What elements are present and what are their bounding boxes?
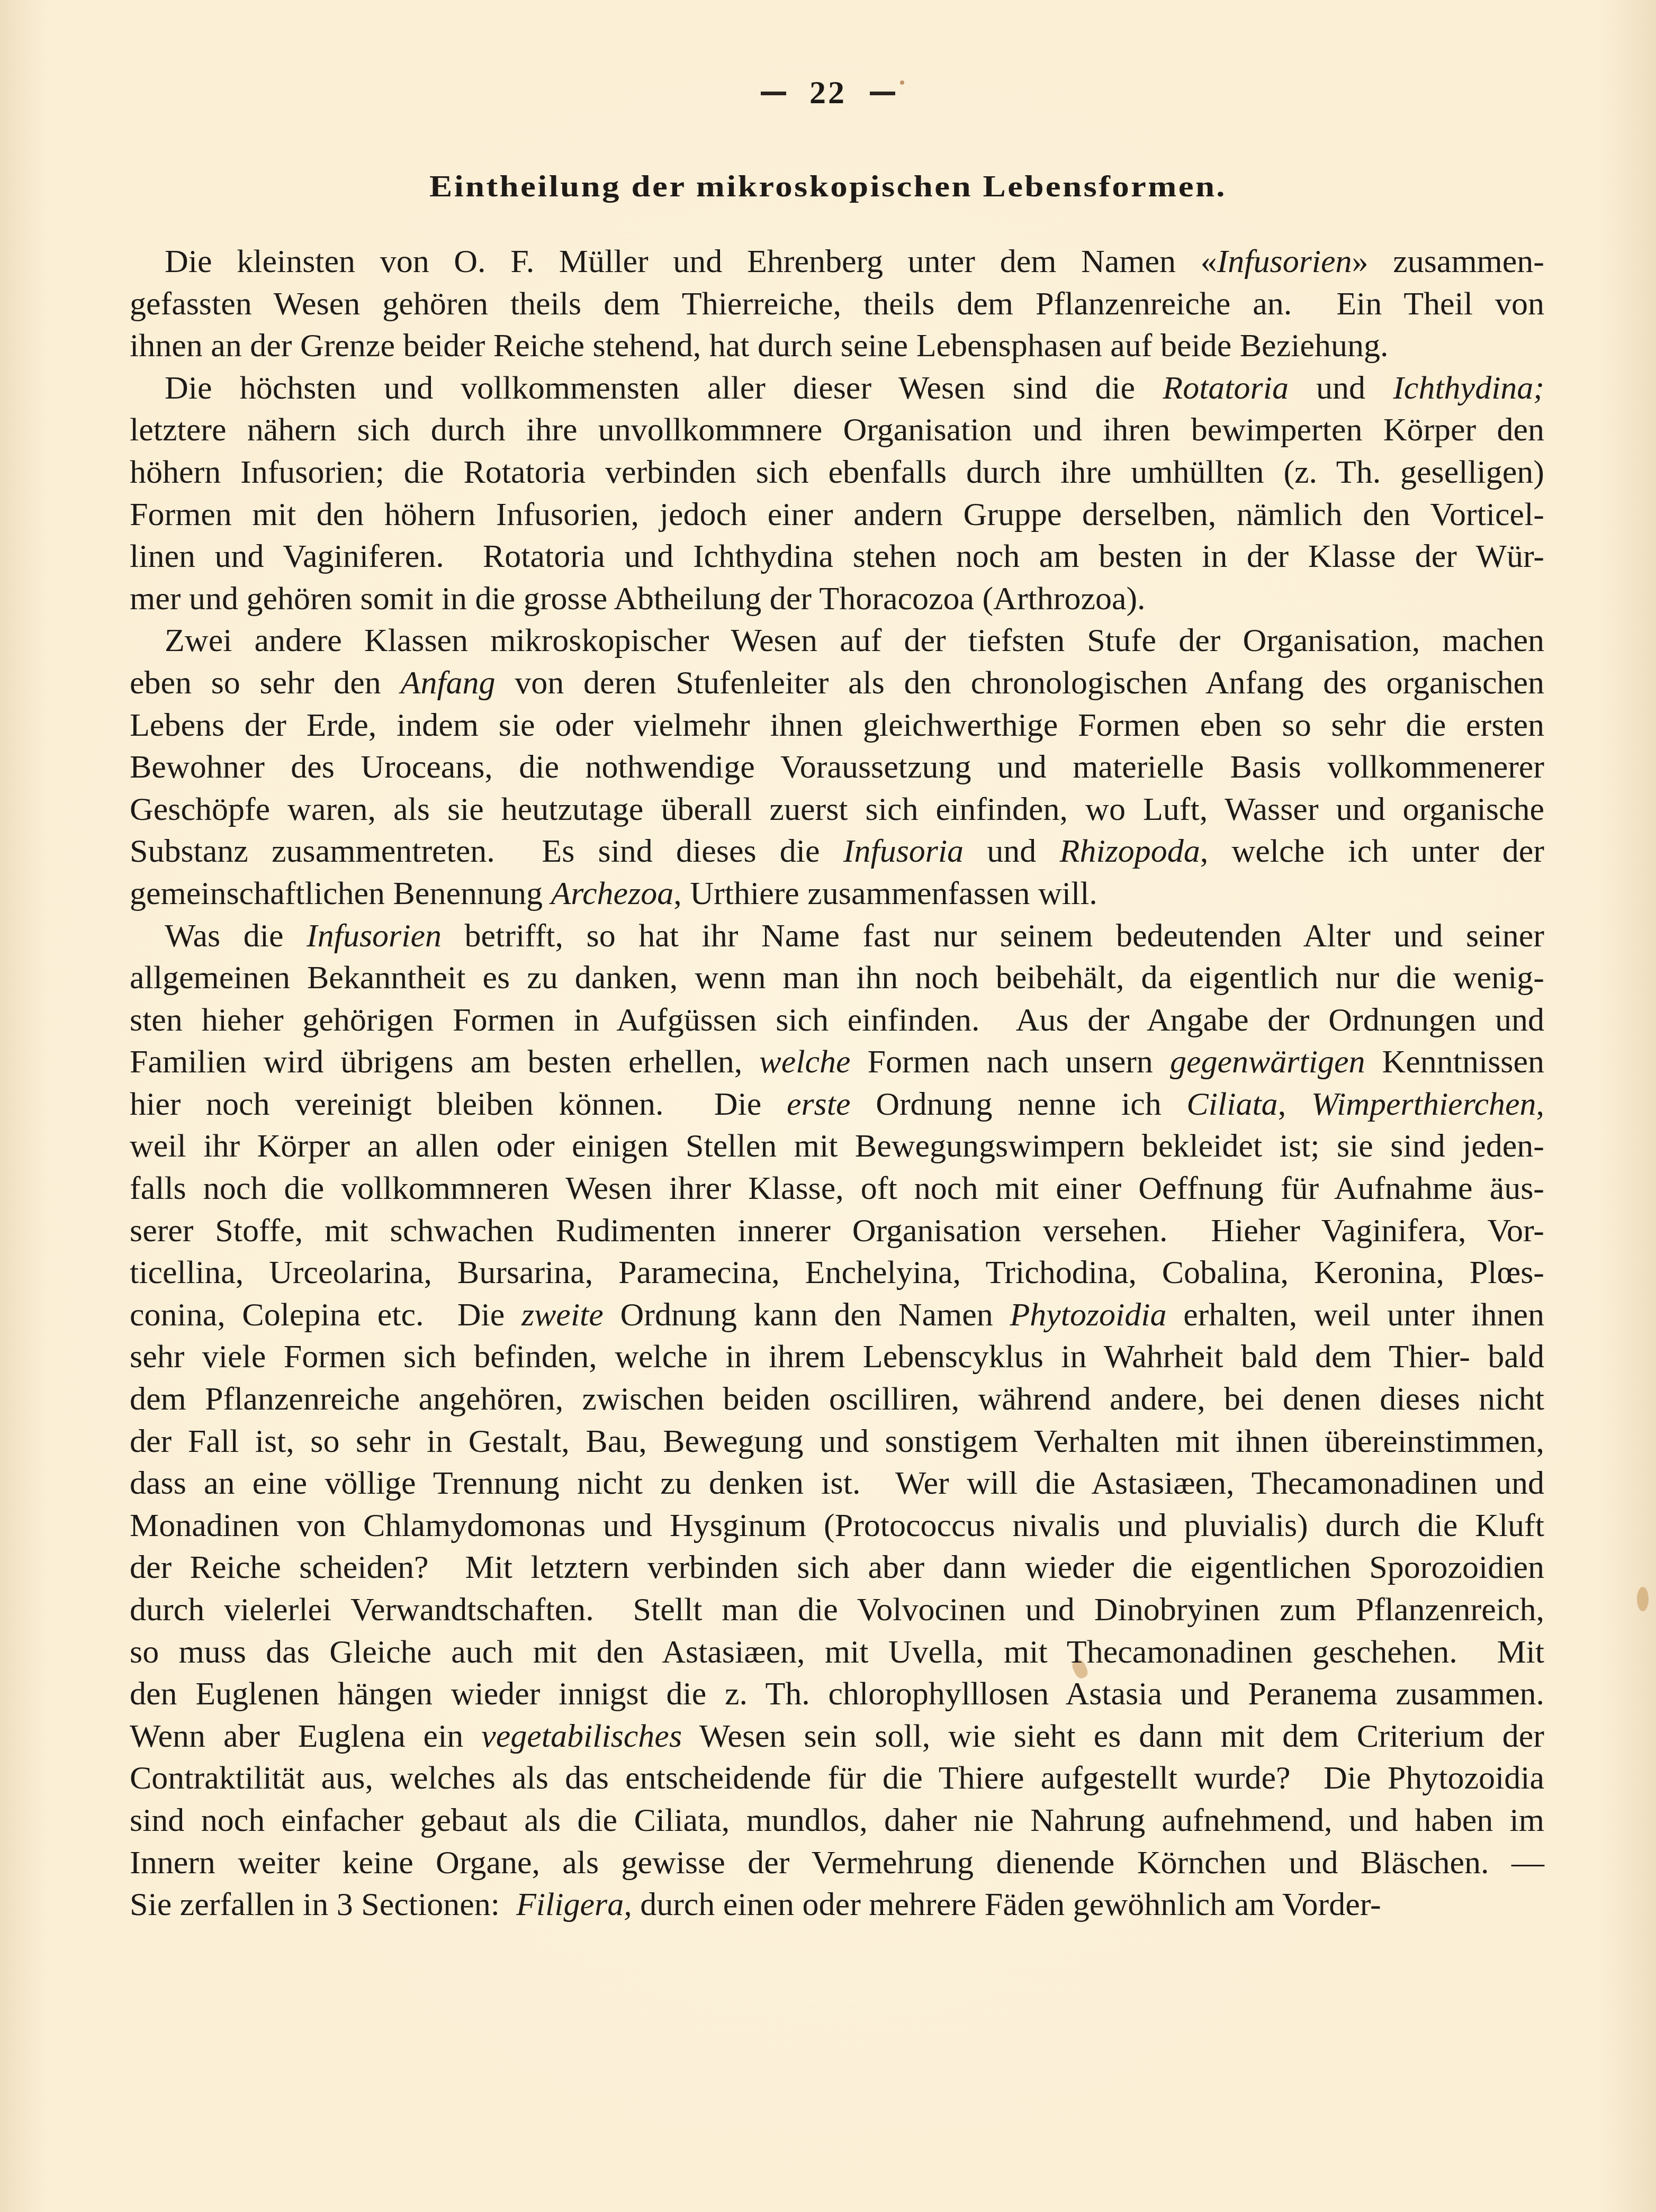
text-run: und bbox=[1289, 370, 1393, 406]
text-run: , bbox=[1278, 1086, 1311, 1122]
text-line: sten hieher gehörigen Formen in Aufgüsse… bbox=[130, 999, 1544, 1042]
text-run: dass an eine völlige Trennung nicht zu d… bbox=[130, 1465, 1544, 1501]
text-run: durch einen oder mehrere Fäden gewöhnlic… bbox=[632, 1886, 1381, 1922]
text-run: Monadinen von Chlamydomonas und Hysginum… bbox=[130, 1507, 1544, 1543]
text-line: allgemeinen Bekanntheit es zu danken, we… bbox=[130, 957, 1544, 999]
italic-term: Wimperthierchen bbox=[1311, 1086, 1536, 1122]
text-run: Innern weiter keine Organe, als gewisse … bbox=[130, 1845, 1544, 1881]
text-line: Formen mit den höhern Infusorien, jedoch… bbox=[130, 494, 1544, 536]
paragraph: Die höchsten und vollkommensten aller di… bbox=[130, 367, 1544, 620]
text-run: erhalten, weil unter ihnen bbox=[1167, 1297, 1544, 1333]
text-line: sehr viele Formen sich befinden, welche … bbox=[130, 1336, 1544, 1378]
text-run: , Urthiere zusammenfassen will. bbox=[673, 875, 1097, 911]
text-run: der Fall ist, so sehr in Gestalt, Bau, B… bbox=[130, 1423, 1544, 1459]
text-line: Die kleinsten von O. F. Müller und Ehren… bbox=[130, 241, 1544, 283]
text-run: sten hieher gehörigen Formen in Aufgüsse… bbox=[130, 1002, 1544, 1038]
text-line: letztere nähern sich durch ihre unvollko… bbox=[130, 409, 1544, 452]
text-line: conina, Colepina etc. Die zweite Ordnung… bbox=[130, 1294, 1544, 1337]
text-line: sind noch einfacher gebaut als die Cilia… bbox=[130, 1800, 1544, 1842]
text-run: Wenn aber Euglena ein bbox=[130, 1718, 481, 1754]
text-run: falls noch die vollkommneren Wesen ihrer… bbox=[130, 1170, 1544, 1206]
text-line: ihnen an der Grenze beider Reiche stehen… bbox=[130, 325, 1544, 367]
text-run: Kenntnissen bbox=[1365, 1044, 1544, 1080]
text-run: der Reiche scheiden? Mit letztern verbin… bbox=[130, 1549, 1544, 1585]
paragraph: Zwei andere Klassen mikroskopischer Wese… bbox=[130, 620, 1544, 915]
italic-term: Anfang bbox=[401, 665, 496, 701]
text-run: Formen mit den höhern Infusorien, jedoch… bbox=[130, 496, 1544, 532]
text-run: » zusammen- bbox=[1352, 243, 1544, 279]
text-run: so muss das Gleiche auch mit den Astasiæ… bbox=[130, 1634, 1544, 1670]
text-line: höhern Infusorien; die Rotatoria verbind… bbox=[130, 452, 1544, 494]
text-run: Zwei andere Klassen mikroskopischer Wese… bbox=[165, 622, 1544, 658]
text-line: den Euglenen hängen wieder innigst die z… bbox=[130, 1673, 1544, 1716]
text-run: Ordnung kann den Namen bbox=[604, 1297, 1010, 1333]
text-run: serer Stoffe, mit schwachen Rudimenten i… bbox=[130, 1213, 1544, 1249]
text-run: Formen nach unsern bbox=[850, 1044, 1169, 1080]
italic-term: Infusorien bbox=[307, 918, 442, 954]
italic-term: Infusoria bbox=[843, 833, 964, 869]
text-run: ticellina, Urceolarina, Bursarina, Param… bbox=[130, 1254, 1544, 1290]
text-run: , welche ich unter der bbox=[1200, 833, 1544, 869]
text-line: Sie zerfallen in 3 Sectionen: Filigera, … bbox=[130, 1884, 1544, 1926]
italic-term: Ciliata bbox=[1186, 1086, 1277, 1122]
italic-term: Phytozoidia bbox=[1010, 1297, 1166, 1333]
italic-term: vegetabilisches bbox=[481, 1718, 682, 1754]
text-run: Ordnung nenne ich bbox=[850, 1086, 1186, 1122]
italic-term: Infusorien bbox=[1217, 243, 1352, 279]
italic-term: welche bbox=[759, 1044, 850, 1080]
text-run: höhern Infusorien; die Rotatoria verbind… bbox=[130, 454, 1544, 490]
text-run: Substanz zusammentreten. Es sind dieses … bbox=[130, 833, 843, 869]
text-run: und bbox=[964, 833, 1059, 869]
text-line: so muss das Gleiche auch mit den Astasiæ… bbox=[130, 1631, 1544, 1674]
text-line: durch vielerlei Verwandtschaften. Stellt… bbox=[130, 1589, 1544, 1631]
paragraph: Die kleinsten von O. F. Müller und Ehren… bbox=[130, 241, 1544, 367]
text-line: Innern weiter keine Organe, als gewisse … bbox=[130, 1842, 1544, 1884]
text-line: falls noch die vollkommneren Wesen ihrer… bbox=[130, 1168, 1544, 1210]
text-line: eben so sehr den Anfang von deren Stufen… bbox=[130, 662, 1544, 705]
text-line: Substanz zusammentreten. Es sind dieses … bbox=[130, 830, 1544, 873]
text-line: Familien wird übrigens am besten erhelle… bbox=[130, 1041, 1544, 1084]
text-run: von deren Stufenleiter als den chronolog… bbox=[496, 665, 1544, 701]
text-run: Was die bbox=[165, 918, 307, 954]
paper-stain bbox=[1637, 1587, 1649, 1611]
text-line: Bewohner des Uroceans, die nothwendige V… bbox=[130, 746, 1544, 789]
text-line: gefassten Wesen gehören theils dem Thier… bbox=[130, 283, 1544, 326]
text-run: , bbox=[1536, 1086, 1545, 1122]
italic-term: Rhizopoda bbox=[1060, 833, 1200, 869]
italic-term: erste bbox=[787, 1086, 851, 1122]
text-run: weil ihr Körper an allen oder einigen St… bbox=[130, 1128, 1544, 1164]
text-run: mer und gehören somit in die grosse Abth… bbox=[130, 581, 1146, 617]
text-run: Wesen sein soll, wie sieht es dann mit d… bbox=[682, 1718, 1544, 1754]
text-line: ticellina, Urceolarina, Bursarina, Param… bbox=[130, 1252, 1544, 1294]
text-line: Monadinen von Chlamydomonas und Hysginum… bbox=[130, 1505, 1544, 1547]
text-line: Was die Infusorien betrifft, so hat ihr … bbox=[130, 915, 1544, 958]
text-run: linen und Vaginiferen. Rotatoria und Ich… bbox=[130, 538, 1544, 574]
text-line: Die höchsten und vollkommensten aller di… bbox=[130, 367, 1544, 410]
italic-term: gegenwärtigen bbox=[1170, 1044, 1365, 1080]
text-run: betrifft, so hat ihr Name fast nur seine… bbox=[442, 918, 1544, 954]
text-run: durch vielerlei Verwandtschaften. Stellt… bbox=[130, 1592, 1544, 1628]
text-line: der Fall ist, so sehr in Gestalt, Bau, B… bbox=[130, 1421, 1544, 1463]
section-title: Eintheilung der mikroskopischen Lebensfo… bbox=[0, 168, 1656, 204]
text-line: Geschöpfe waren, als sie heutzutage über… bbox=[130, 789, 1544, 831]
text-run: Geschöpfe waren, als sie heutzutage über… bbox=[130, 791, 1544, 827]
text-run: dem Pflanzenreiche angehören, zwischen b… bbox=[130, 1381, 1544, 1417]
text-line: serer Stoffe, mit schwachen Rudimenten i… bbox=[130, 1210, 1544, 1252]
body-text: Die kleinsten von O. F. Müller und Ehren… bbox=[130, 241, 1544, 1926]
dash-right bbox=[870, 92, 895, 95]
text-line: linen und Vaginiferen. Rotatoria und Ich… bbox=[130, 536, 1544, 578]
text-run: Bewohner des Uroceans, die nothwendige V… bbox=[130, 749, 1544, 785]
text-line: dem Pflanzenreiche angehören, zwischen b… bbox=[130, 1378, 1544, 1421]
text-run: Die kleinsten von O. F. Müller und Ehren… bbox=[165, 243, 1217, 279]
italic-term: Archezoa bbox=[551, 875, 673, 911]
scanned-page: 22 Eintheilung der mikroskopischen Leben… bbox=[0, 0, 1656, 2212]
text-line: dass an eine völlige Trennung nicht zu d… bbox=[130, 1462, 1544, 1505]
page-number: 22 bbox=[0, 74, 1656, 112]
paragraph: Was die Infusorien betrifft, so hat ihr … bbox=[130, 915, 1544, 1926]
text-run: Contraktilität aus, welches als das ents… bbox=[130, 1760, 1544, 1796]
text-line: Zwei andere Klassen mikroskopischer Wese… bbox=[130, 620, 1544, 662]
italic-term: Ichthydina; bbox=[1393, 370, 1544, 406]
text-line: Wenn aber Euglena ein vegetabilisches We… bbox=[130, 1716, 1544, 1758]
text-line: Contraktilität aus, welches als das ents… bbox=[130, 1757, 1544, 1800]
text-line: hier noch vereinigt bleiben können. Die … bbox=[130, 1084, 1544, 1126]
text-line: Lebens der Erde, indem sie oder vielmehr… bbox=[130, 705, 1544, 747]
text-run: conina, Colepina etc. Die bbox=[130, 1297, 521, 1333]
page-number-value: 22 bbox=[809, 75, 847, 111]
text-run: eben so sehr den bbox=[130, 665, 401, 701]
italic-term: Rotatoria bbox=[1163, 370, 1289, 406]
text-run: ihnen an der Grenze beider Reiche stehen… bbox=[130, 328, 1388, 364]
text-run: Familien wird übrigens am besten erhelle… bbox=[130, 1044, 759, 1080]
text-run: gefassten Wesen gehören theils dem Thier… bbox=[130, 286, 1544, 322]
text-line: weil ihr Körper an allen oder einigen St… bbox=[130, 1125, 1544, 1168]
text-run: den Euglenen hängen wieder innigst die z… bbox=[130, 1676, 1544, 1712]
text-run: sind noch einfacher gebaut als die Cilia… bbox=[130, 1802, 1544, 1838]
text-run: allgemeinen Bekanntheit es zu danken, we… bbox=[130, 960, 1544, 996]
text-run: hier noch vereinigt bleiben können. Die bbox=[130, 1086, 787, 1122]
text-run: Die höchsten und vollkommensten aller di… bbox=[165, 370, 1163, 406]
text-run: letztere nähern sich durch ihre unvollko… bbox=[130, 412, 1544, 448]
text-run: gemeinschaftlichen Benennung bbox=[130, 875, 551, 911]
text-line: gemeinschaftlichen Benennung Archezoa, U… bbox=[130, 873, 1544, 915]
text-run: Lebens der Erde, indem sie oder vielmehr… bbox=[130, 707, 1544, 743]
dash-left bbox=[761, 92, 786, 95]
italic-term: zweite bbox=[521, 1297, 604, 1333]
text-run: Sie zerfallen in 3 Sectionen: bbox=[130, 1886, 516, 1922]
italic-term: Filigera, bbox=[516, 1886, 632, 1922]
text-run: sehr viele Formen sich befinden, welche … bbox=[130, 1339, 1544, 1375]
text-line: der Reiche scheiden? Mit letztern verbin… bbox=[130, 1547, 1544, 1589]
text-line: mer und gehören somit in die grosse Abth… bbox=[130, 578, 1544, 620]
